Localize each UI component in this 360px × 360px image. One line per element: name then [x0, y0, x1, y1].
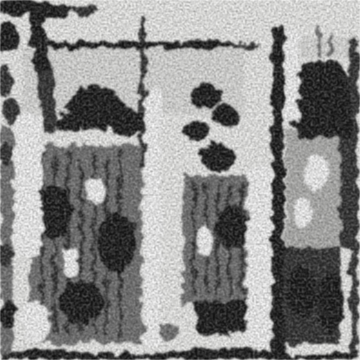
grain-overlay-white — [0, 0, 360, 360]
photo — [0, 0, 360, 360]
photo-canvas — [0, 0, 360, 360]
